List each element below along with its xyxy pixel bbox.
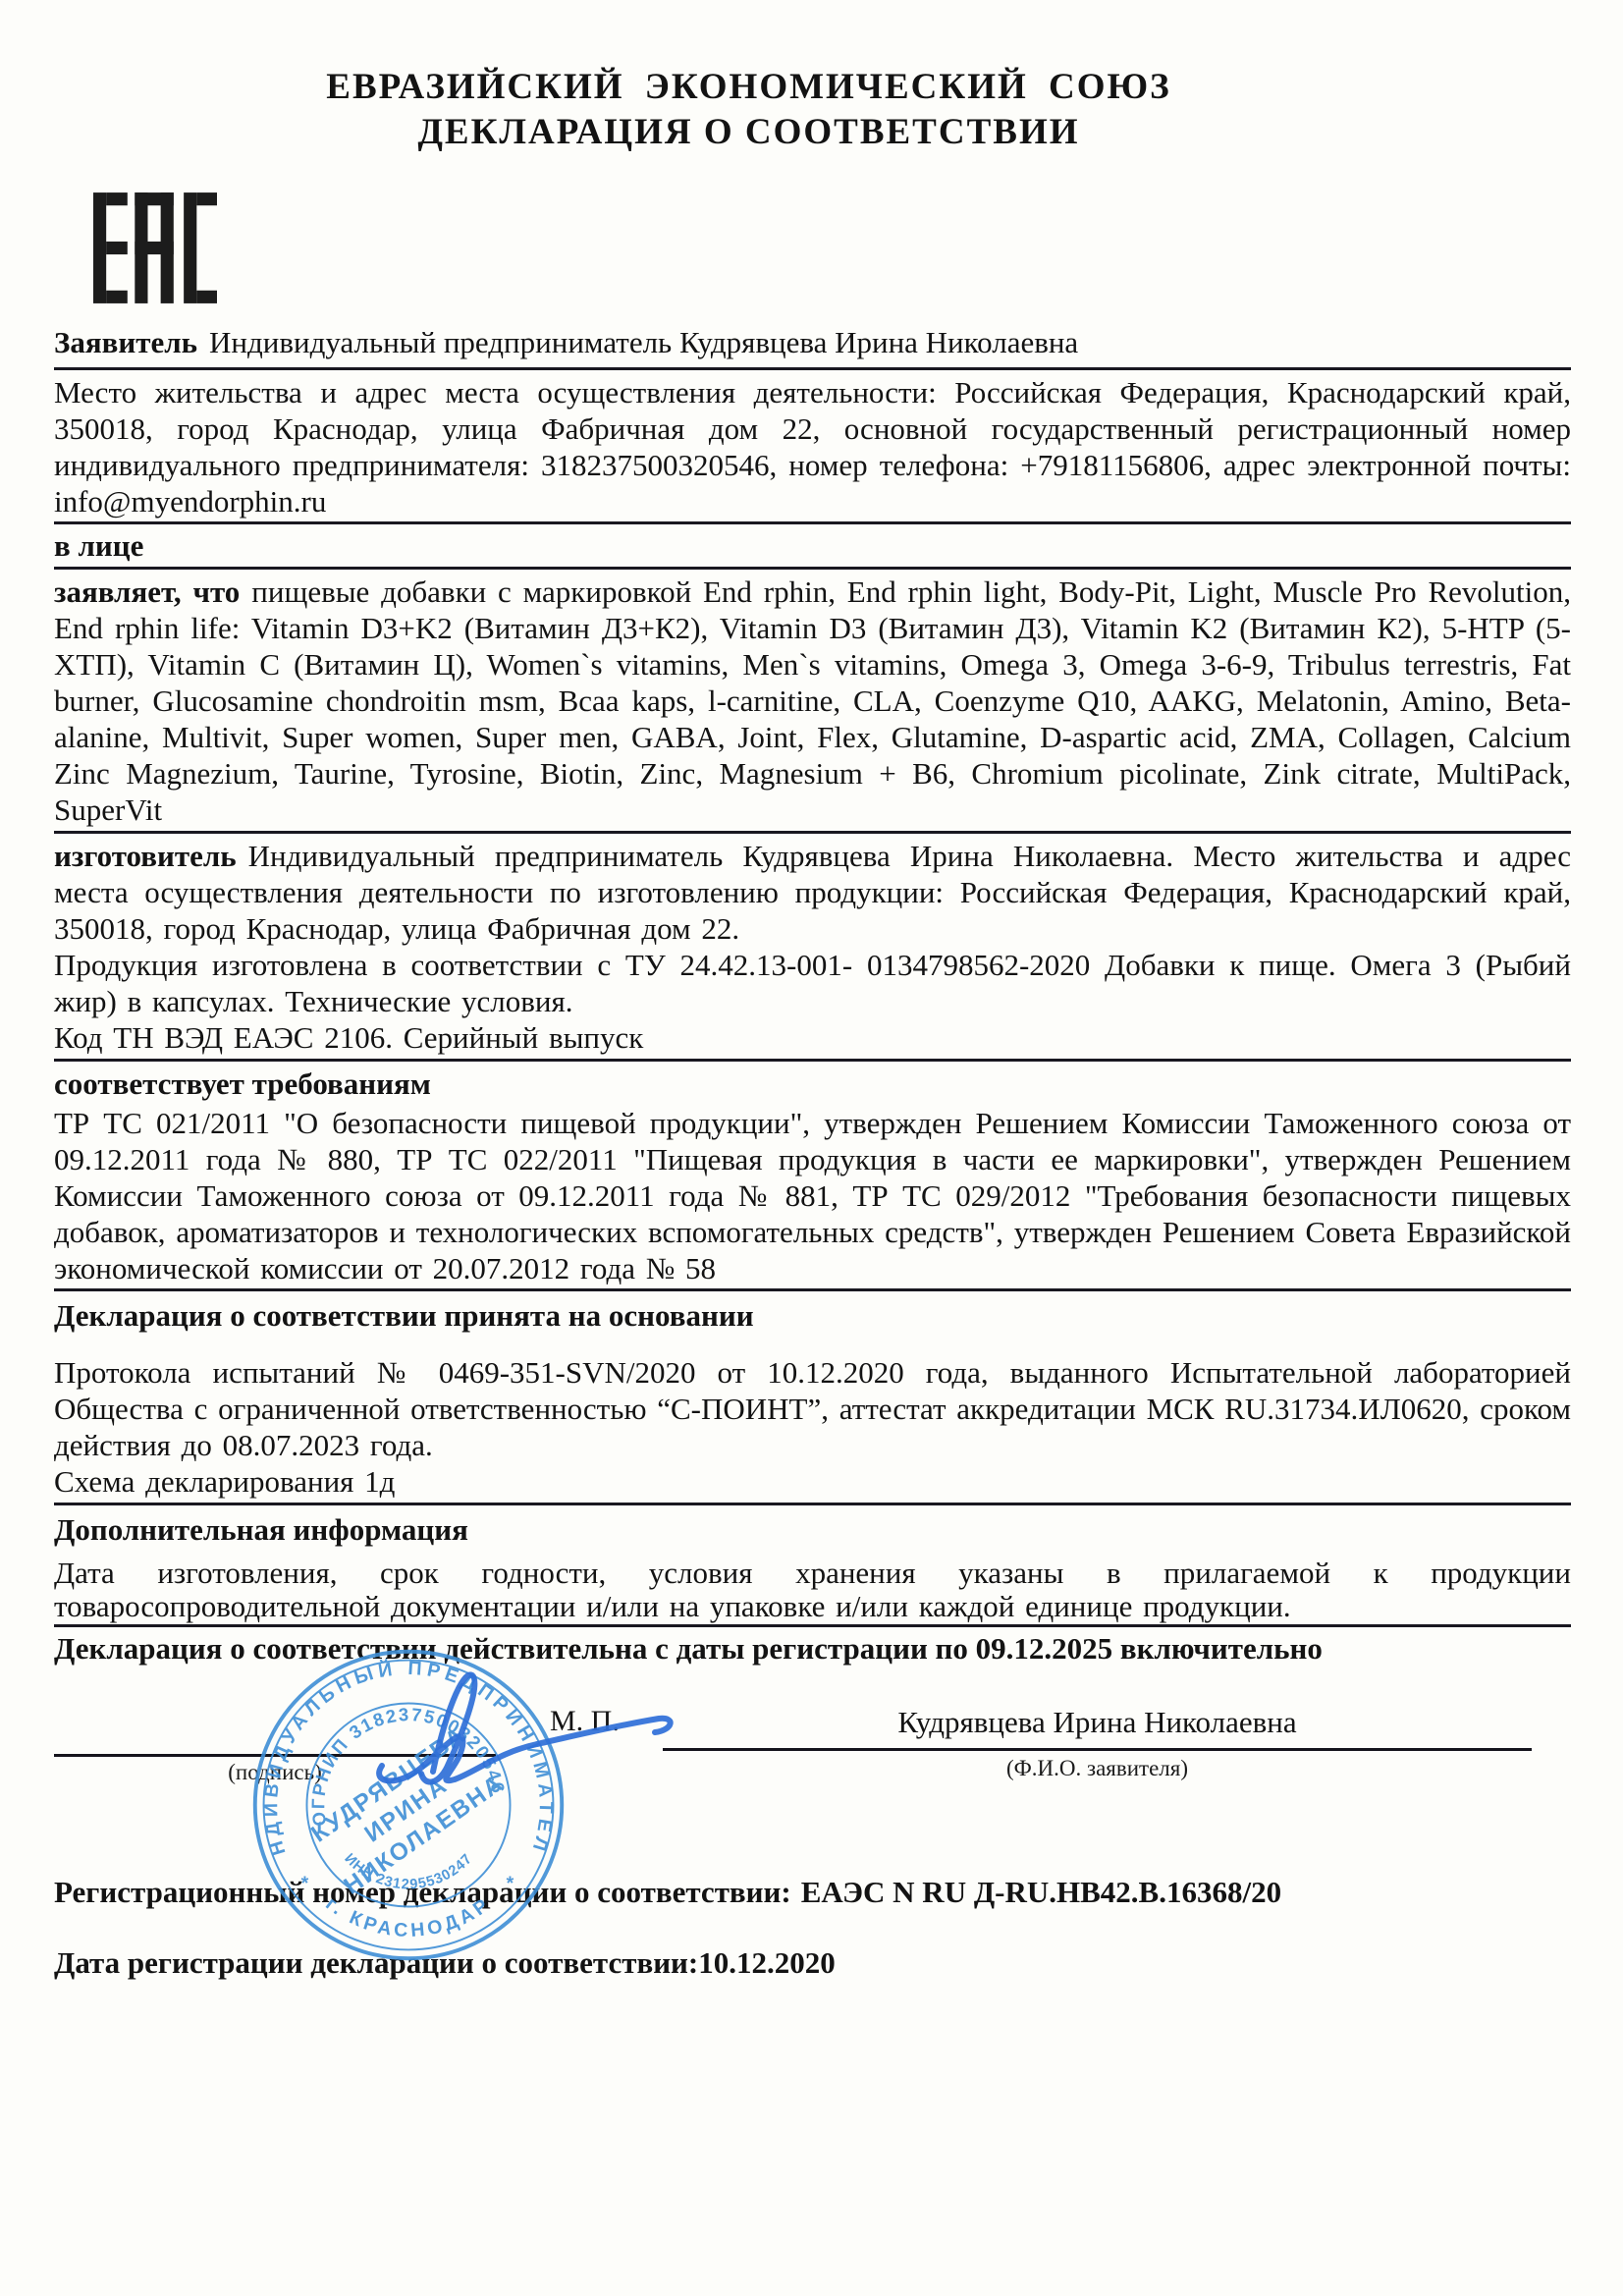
applicant-label: Заявитель — [54, 325, 197, 359]
registration-date-value: 10.12.2020 — [698, 1945, 836, 1980]
signature-area: ИНДИВИДУАЛЬНЫЙ ПРЕДПРИНИМАТЕЛЬ г. КРАСНО… — [54, 1669, 1571, 1866]
applicant-value: Индивидуальный предприниматель Кудрявцев… — [209, 325, 1078, 359]
applicant-full-name: Кудрявцева Ирина Николаевна — [663, 1705, 1532, 1740]
applicant-line: ЗаявительИндивидуальный предприниматель … — [54, 324, 1571, 361]
manufacturer-value: Индивидуальный предприниматель Кудрявцев… — [54, 839, 1571, 946]
handwritten-signature — [317, 1656, 739, 1793]
divider — [54, 567, 1571, 570]
stamp-star-left: * — [301, 1873, 309, 1894]
svg-text:г. КРАСНОДАР: г. КРАСНОДАР — [321, 1892, 495, 1941]
declaration-scheme-line: Схема декларирования 1д — [54, 1463, 1571, 1500]
divider — [54, 1503, 1571, 1505]
manufacturer-tu-line: Продукция изготовлена в соответствии с Т… — [54, 947, 1571, 1019]
manufacturer-label: изготовитель — [54, 839, 237, 873]
divider — [54, 831, 1571, 834]
manufacturer-tnved-line: Код ТН ВЭД ЕАЭС 2106. Серийный выпуск — [54, 1019, 1571, 1056]
basis-paragraph: Протокола испытаний № 0469-351-SVN/2020 … — [54, 1354, 1571, 1463]
manufacturer-paragraph: изготовительИндивидуальный предпринимате… — [54, 838, 1571, 947]
compliance-heading: соответствует требованиям — [54, 1066, 1571, 1103]
additional-info-paragraph: Дата изготовления, срок годности, услови… — [54, 1557, 1571, 1623]
declares-paragraph: заявляет, чтопищевые добавки с маркировк… — [54, 574, 1571, 828]
document-title: ЕВРАЗИЙСКИЙ ЭКОНОМИЧЕСКИЙ СОЮЗ ДЕКЛАРАЦИ… — [54, 0, 1571, 155]
divider — [54, 521, 1571, 524]
additional-info-heading: Дополнительная информация — [54, 1511, 1571, 1549]
registration-number-value: ЕАЭС N RU Д-RU.НВ42.В.16368/20 — [801, 1875, 1281, 1909]
address-paragraph: Место жительства и адрес места осуществл… — [54, 374, 1571, 519]
divider — [54, 1624, 1571, 1627]
stamp-star-right: * — [507, 1873, 514, 1894]
declares-products: пищевые добавки с маркировкой End rphin,… — [54, 574, 1571, 827]
divider — [54, 1059, 1571, 1062]
basis-heading: Декларация о соответствии принята на осн… — [54, 1297, 1571, 1335]
divider — [54, 1288, 1571, 1291]
compliance-paragraph: ТР ТС 021/2011 "О безопасности пищевой п… — [54, 1105, 1571, 1286]
title-union: ЕВРАЗИЙСКИЙ ЭКОНОМИЧЕСКИЙ СОЮЗ — [54, 65, 1443, 110]
title-declaration: ДЕКЛАРАЦИЯ О СООТВЕТСТВИИ — [54, 110, 1443, 155]
full-name-caption: (Ф.И.О. заявителя) — [663, 1756, 1532, 1781]
manufacturer-block: изготовительИндивидуальный предпринимате… — [54, 838, 1571, 1056]
full-name-line — [663, 1748, 1532, 1751]
in-person-label: в лице — [54, 527, 1571, 565]
declares-label: заявляет, что — [54, 574, 240, 609]
stamp-ring-bottom-text: г. КРАСНОДАР — [321, 1892, 495, 1941]
divider — [54, 367, 1571, 370]
document-page: ЕВРАЗИЙСКИЙ ЭКОНОМИЧЕСКИЙ СОЮЗ ДЕКЛАРАЦИ… — [0, 0, 1623, 2296]
